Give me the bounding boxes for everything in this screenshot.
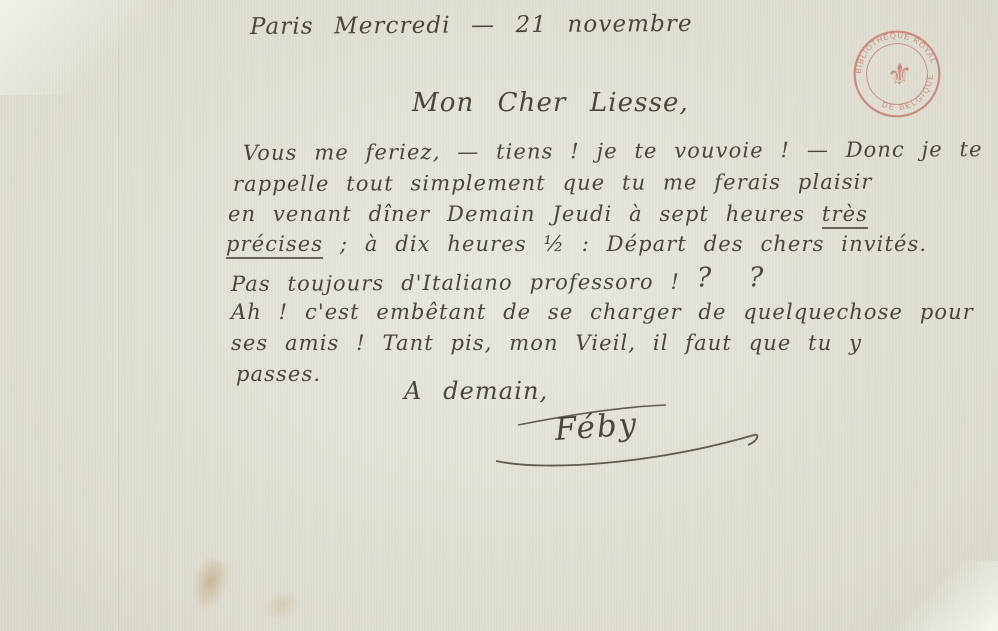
salutation: Mon Cher Liesse,	[412, 88, 689, 118]
dateline: Paris Mercredi — 21 novembre	[250, 11, 693, 40]
stamp-graphic: BIBLIOTHÈQUE ROYALE DE BELGIQUE ⚜	[841, 18, 953, 130]
closing: A demain,	[404, 377, 548, 405]
body-line-5: Pas toujours d'Italiano professoro ! ? ?	[231, 262, 774, 296]
body-line-3: en venant dîner Demain Jeudi à sept heur…	[228, 202, 868, 226]
body-line-5-text: Pas toujours d'Italiano professoro !	[231, 270, 697, 296]
library-stamp: BIBLIOTHÈQUE ROYALE DE BELGIQUE ⚜	[841, 18, 953, 130]
body-line-1: Vous me feriez, — tiens ! je te vouvoie …	[243, 137, 983, 165]
underlined-word-tres: très	[822, 202, 868, 229]
body-line-4-text: ; à dix heures ½ : Départ des chers invi…	[323, 232, 927, 256]
paper-crease	[116, 0, 119, 631]
body-line-8: passes.	[236, 362, 321, 386]
letter-page: Paris Mercredi — 21 novembre BIBLIOTHÈQU…	[0, 0, 998, 631]
foxing-stain-faint	[258, 584, 306, 627]
body-line-6: Ah ! c'est embêtant de se charger de que…	[231, 300, 974, 324]
underlined-word-precises: précises	[226, 232, 323, 259]
paper-corner-highlight	[0, 0, 190, 95]
foxing-stain	[185, 556, 233, 616]
body-line-3-text: en venant dîner Demain Jeudi à sept heur…	[228, 202, 822, 226]
stamp-emblem-icon: ⚜	[880, 55, 914, 95]
ornate-question-marks: ? ?	[697, 262, 774, 293]
body-line-7: ses amis ! Tant pis, mon Vieil, il faut …	[231, 331, 862, 355]
body-line-4: précises ; à dix heures ½ : Départ des c…	[226, 232, 927, 256]
paper-corner-chip	[888, 561, 998, 631]
body-line-2: rappelle tout simplement que tu me ferai…	[233, 170, 873, 196]
signature: Féby	[553, 406, 639, 448]
